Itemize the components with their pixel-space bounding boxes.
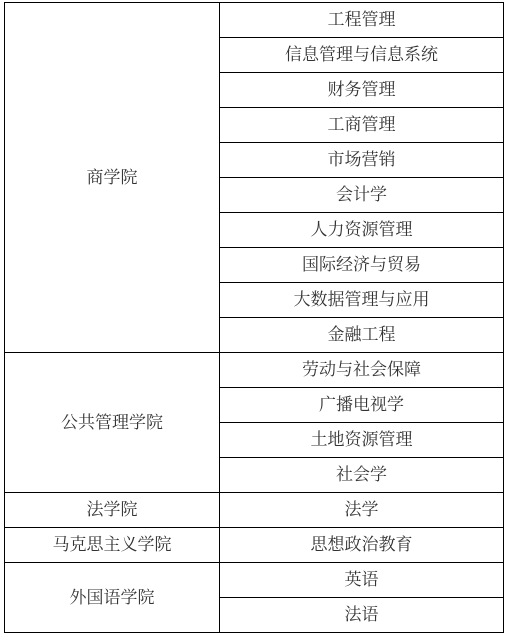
major-cell: 社会学 bbox=[220, 458, 504, 493]
major-cell: 大数据管理与应用 bbox=[220, 283, 504, 318]
major-cell: 金融工程 bbox=[220, 318, 504, 353]
table-body: 商学院 工程管理 信息管理与信息系统 财务管理 工商管理 市场营销 会计学 人力… bbox=[5, 3, 504, 633]
table-row: 外国语学院 英语 bbox=[5, 563, 504, 598]
major-cell: 思想政治教育 bbox=[220, 528, 504, 563]
major-cell: 工程管理 bbox=[220, 3, 504, 38]
major-cell: 土地资源管理 bbox=[220, 423, 504, 458]
college-majors-table: 商学院 工程管理 信息管理与信息系统 财务管理 工商管理 市场营销 会计学 人力… bbox=[4, 2, 504, 633]
table-row: 商学院 工程管理 bbox=[5, 3, 504, 38]
table-row: 马克思主义学院 思想政治教育 bbox=[5, 528, 504, 563]
college-cell: 法学院 bbox=[5, 493, 220, 528]
college-cell: 马克思主义学院 bbox=[5, 528, 220, 563]
major-cell: 国际经济与贸易 bbox=[220, 248, 504, 283]
college-cell: 公共管理学院 bbox=[5, 353, 220, 493]
major-cell: 会计学 bbox=[220, 178, 504, 213]
major-cell: 工商管理 bbox=[220, 108, 504, 143]
major-cell: 人力资源管理 bbox=[220, 213, 504, 248]
major-cell: 市场营销 bbox=[220, 143, 504, 178]
major-cell: 劳动与社会保障 bbox=[220, 353, 504, 388]
major-cell: 英语 bbox=[220, 563, 504, 598]
major-cell: 财务管理 bbox=[220, 73, 504, 108]
college-cell: 外国语学院 bbox=[5, 563, 220, 633]
table-row: 法学院 法学 bbox=[5, 493, 504, 528]
table-row: 公共管理学院 劳动与社会保障 bbox=[5, 353, 504, 388]
major-cell: 广播电视学 bbox=[220, 388, 504, 423]
major-cell: 法学 bbox=[220, 493, 504, 528]
major-cell: 信息管理与信息系统 bbox=[220, 38, 504, 73]
major-cell: 法语 bbox=[220, 598, 504, 633]
college-cell: 商学院 bbox=[5, 3, 220, 353]
